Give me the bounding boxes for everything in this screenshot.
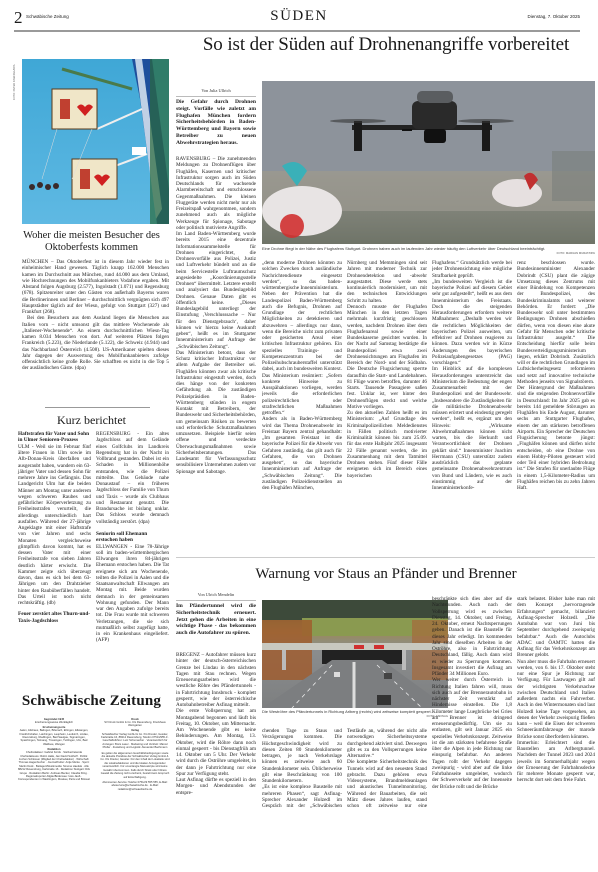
imprint-text: Es gelten die allgemeinen Geschäftsbedin… [100, 752, 170, 779]
caption-text: Eine Drohne fliegt in der Nähe des Flugh… [262, 246, 595, 251]
article-column: RAVENSBURG – Die zunehmenden Meldungen z… [176, 156, 256, 556]
article-column: Flughafens.“ Grundsätzlich werde bei jed… [432, 260, 512, 555]
news-item-text: ELLWANGEN - Eine 78-Jährige soll im bade… [96, 544, 169, 644]
article-column: Nürnberg und Memmingen sind seit Jahren … [347, 260, 427, 555]
news-column: REGENSBURG - Ein altes Jagdschloss auf d… [96, 431, 169, 644]
photo-credit: FOTO: PETER KNEFFEL/DPA [13, 60, 19, 100]
imprint-column: Druck SV Druck GmbH & Co. KG Ravensburg,… [100, 716, 170, 791]
article-divider [176, 557, 595, 558]
photo-caption: Eine Drohne fliegt in der Nähe des Flugh… [262, 246, 595, 255]
oktoberfest-article: MÜNCHEN – Das Oktoberfest ist in diesem … [22, 259, 169, 372]
photo-credit: FOTO: MARIJAN MURAT/DPA [262, 251, 595, 255]
article-column: BREGENZ – Autofahrer müssen kurz hinter … [176, 652, 256, 812]
paragraph: Bei den Besuchern aus dem Ausland liegen… [22, 315, 169, 371]
article-column: chenden Tage zu Staus und Verzögerungen … [262, 728, 342, 808]
issue-date: Dienstag, 7. Oktober 2025 [527, 14, 580, 19]
news-item-title: Seniorin soll Ehemann erstochen haben [96, 531, 169, 544]
oktoberfest-headline: Woher die meisten Besucher des Oktoberfe… [14, 230, 169, 254]
article-column: renz beschlossen wurde. Bundesinnenminis… [517, 260, 595, 555]
second-headline: Warnung vor Staus an Pfänder und Brenner [176, 566, 596, 583]
photo-caption: Die Weströhre des Pfändertunnels in Rich… [262, 709, 448, 718]
article-teaser: Im Pfändertunnel wird die Sicherheitstec… [176, 603, 256, 637]
article-column: „denn moderne Drohnen könnten zu solchen… [262, 260, 342, 555]
main-headline: So ist der Süden auf Drohnenangriffe vor… [176, 34, 596, 56]
imprint-contact: Abonnenten-Service: Telefon 0751/29 555 … [100, 781, 170, 791]
imprint-text: Chefredakteur: Gabriel Kords · Stellvert… [18, 751, 90, 781]
news-item-text: REGENSBURG - Ein altes Jagdschloss auf d… [96, 431, 169, 525]
newspaper-masthead-logo: Schwäbische Zeitung [14, 693, 169, 710]
section-title: SÜDEN [0, 8, 598, 25]
byline: Von Ulrich Mendelin [176, 592, 256, 601]
article-teaser: Die Gefahr durch Drohnen steigt. Vorfäll… [176, 99, 256, 147]
news-item-title: Haftstrafen für Vater und Sohn in Ulmer … [18, 431, 91, 444]
imprint-text: SV Druck GmbH & Co. KG Ravensburg, Druck… [104, 721, 166, 727]
news-item-text: ULM - Weil sie im Februar fünf ältere Fr… [18, 444, 91, 607]
divider [45, 407, 150, 408]
caption-text: Die Weströhre des Pfändertunnels in Rich… [262, 709, 448, 714]
imprint-column: Gegründet 1945 Erscheinungsweise Werktäg… [18, 716, 90, 782]
kurz-berichtet-heading: Kurz berichtet [14, 413, 169, 428]
photo-credit: FOTO: ASFINAG [262, 714, 448, 718]
article-column: beschränkte sich dies aber auf die Nacht… [432, 596, 512, 808]
header-rule [14, 30, 580, 32]
imprint-text: Erscheinungsweise Werktäglich [35, 721, 73, 724]
imprint-text: Schwäbischer Verlag GmbH & Co. KG Drexle… [101, 733, 169, 750]
news-item-title: Feuer zerstört altes Thurn-und-Taxis-Jag… [18, 611, 91, 624]
drone-photo [262, 81, 595, 244]
byline: Von Julia Ullrich [176, 88, 256, 97]
oktoberfest-photo [22, 59, 169, 224]
tunnel-photo [262, 600, 448, 708]
article-column: stark belastet. Bisher habe man mit dem … [517, 596, 595, 808]
article-column: Testläufe an, während der nicht alle not… [347, 728, 427, 808]
paragraph: MÜNCHEN – Das Oktoberfest ist in diesem … [22, 259, 169, 315]
imprint-text: Aalen, Altshaus, Balingen, Biberach, Ehi… [19, 729, 88, 746]
news-column: Haftstrafen für Vater und Sohn in Ulmer … [18, 431, 91, 624]
